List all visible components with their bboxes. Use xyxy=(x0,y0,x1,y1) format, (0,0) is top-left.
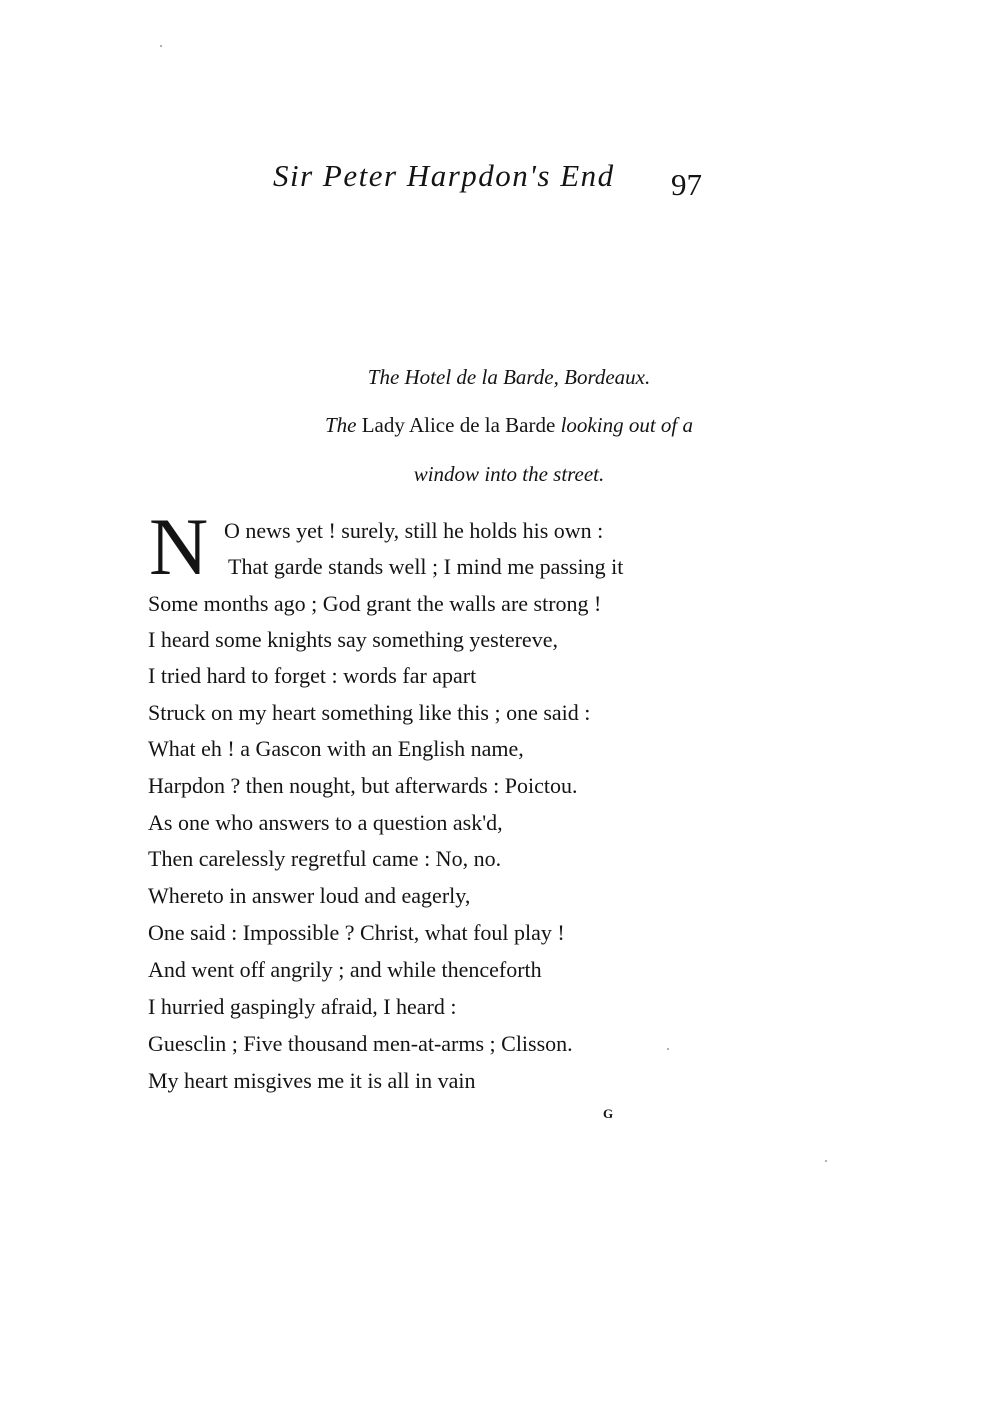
poem-line: Harpdon ? then nought, but afterwards : … xyxy=(148,773,578,799)
poem-line: Struck on my heart something like this ;… xyxy=(148,700,590,726)
poem-line: Guesclin ; Five thousand men-at-arms ; C… xyxy=(148,1031,573,1057)
page-number: 97 xyxy=(671,167,702,203)
poem-line: I heard some knights say something yeste… xyxy=(148,627,558,653)
poem-line: O news yet ! surely, still he holds his … xyxy=(224,518,603,544)
poem-line: My heart misgives me it is all in vain xyxy=(148,1068,476,1094)
poem-line: Then carelessly regretful came : No, no. xyxy=(148,846,501,872)
poem-line: What eh ! a Gascon with an English name, xyxy=(148,736,524,762)
poem-line: Whereto in answer loud and eagerly, xyxy=(148,883,470,909)
poem-line: As one who answers to a question ask'd, xyxy=(148,810,503,836)
stage-direction-action: looking out of a xyxy=(561,413,693,437)
stage-direction-action-cont: window into the street. xyxy=(414,462,605,486)
signature-mark: G xyxy=(603,1106,613,1122)
poem-line: Some months ago ; God grant the walls ar… xyxy=(148,591,601,617)
poem-line: I tried hard to forget : words far apart xyxy=(148,663,476,689)
print-speck xyxy=(160,45,162,47)
poem-line: One said : Impossible ? Christ, what fou… xyxy=(148,920,565,946)
poem-line: That garde stands well ; I mind me passi… xyxy=(228,554,623,580)
stage-direction-character: Lady Alice de la Barde xyxy=(362,413,556,437)
stage-direction-prefix: The xyxy=(325,413,357,437)
scene-setting-text: The Hotel de la Barde, Bordeaux. xyxy=(368,365,650,389)
poem-line: I hurried gaspingly afraid, I heard : xyxy=(148,994,457,1020)
drop-cap: N xyxy=(149,506,208,588)
stage-direction-continued: window into the street. xyxy=(0,462,1000,487)
scene-setting: The Hotel de la Barde, Bordeaux. xyxy=(0,365,1000,390)
stage-direction: The Lady Alice de la Barde looking out o… xyxy=(0,413,1000,438)
print-speck xyxy=(667,1048,669,1050)
print-speck xyxy=(825,1160,827,1162)
running-title: Sir Peter Harpdon's End xyxy=(273,158,615,194)
poem-line: And went off angrily ; and while thencef… xyxy=(148,957,542,983)
